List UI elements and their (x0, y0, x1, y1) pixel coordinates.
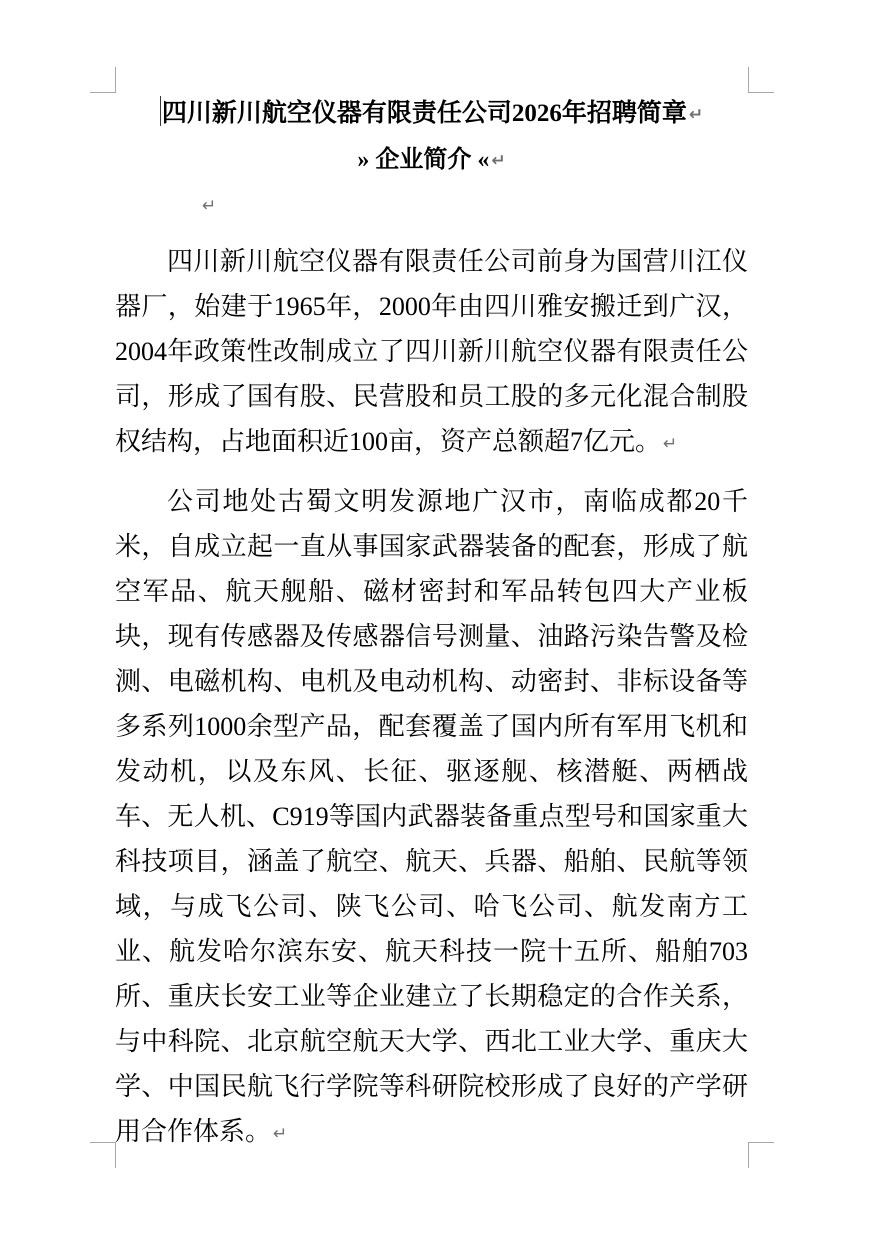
document-page: 四川新川航空仪器有限责任公司2026年招聘简章↵ » 企业简介 «↵ ↵ 四川新… (0, 0, 869, 1234)
paragraph-mark-icon: ↵ (271, 1124, 287, 1144)
paragraph-mark-icon: ↵ (200, 196, 216, 216)
paragraph-mark-icon: ↵ (687, 105, 703, 125)
section-heading[interactable]: » 企业简介 «↵ (115, 137, 748, 184)
body-paragraph-2-text: 公司地处古蜀文明发源地广汉市，南临成都20千米，自成立起一直从事国家武器装备的配… (115, 487, 748, 1146)
text-cursor (160, 96, 161, 126)
section-heading-text: » 企业简介 « (357, 147, 489, 173)
document-title[interactable]: 四川新川航空仪器有限责任公司2026年招聘简章↵ (115, 92, 748, 137)
body-paragraph-1-text: 四川新川航空仪器有限责任公司前身为国营川江仪器厂，始建于1965年，2000年由… (115, 247, 748, 456)
text-boundary-mark-bottom-left-icon (90, 1142, 116, 1168)
text-boundary-mark-top-left-icon (90, 67, 116, 93)
empty-paragraph[interactable]: ↵ (115, 184, 748, 229)
paragraph-mark-icon: ↵ (661, 434, 677, 454)
body-paragraph-1[interactable]: 四川新川航空仪器有限责任公司前身为国营川江仪器厂，始建于1965年，2000年由… (115, 239, 748, 467)
text-boundary-mark-bottom-right-icon (748, 1142, 774, 1168)
body-paragraph-2[interactable]: 公司地处古蜀文明发源地广汉市，南临成都20千米，自成立起一直从事国家武器装备的配… (115, 479, 748, 1157)
text-area: 四川新川航空仪器有限责任公司2026年招聘简章↵ » 企业简介 «↵ ↵ 四川新… (115, 92, 748, 1157)
document-title-text: 四川新川航空仪器有限责任公司2026年招聘简章 (162, 100, 687, 127)
paragraph-mark-icon: ↵ (489, 151, 505, 171)
text-boundary-mark-top-right-icon (748, 67, 774, 93)
